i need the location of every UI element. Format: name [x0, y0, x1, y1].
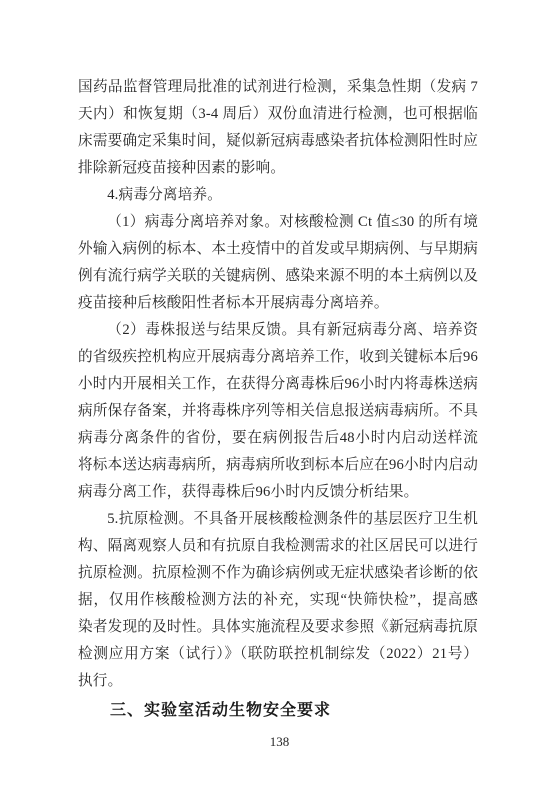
text-line: 病所保存备案，并将毒株序列等相关信息报送病毒病所。不具备	[78, 398, 478, 425]
text-line: 疫苗接种后核酸阳性者标本开展病毒分离培养。	[78, 290, 478, 317]
text-line: 小时内开展相关工作，在获得分离毒株后96小时内将毒株送病毒	[78, 371, 478, 398]
text-line: 4.病毒分离培养。	[78, 182, 478, 209]
text-line: 检测应用方案（试行）》（联防联控机制综发（2022）21号）	[78, 641, 478, 668]
text-line: 例有流行病学关联的关键病例、感染来源不明的本土病例以及	[78, 263, 478, 290]
text-line: 排除新冠疫苗接种因素的影响。	[78, 155, 478, 182]
text-line: 将标本送达病毒病所，病毒病所收到标本后应在96小时内启动	[78, 452, 478, 479]
text-line: 据，仅用作核酸检测方法的补充，实现“快筛快检”，提高感	[78, 587, 478, 614]
document-body: 国药品监督管理局批准的试剂进行检测，采集急性期（发病 7天内）和恢复期（3-4 …	[78, 74, 478, 695]
section-heading: 三、实验室活动生物安全要求	[78, 697, 478, 724]
text-line: 的省级疾控机构应开展病毒分离培养工作，收到关键标本后96	[78, 344, 478, 371]
text-line: 5.抗原检测。不具备开展核酸检测条件的基层医疗卫生机	[78, 506, 478, 533]
text-line: 外输入病例的标本、本土疫情中的首发或早期病例、与早期病	[78, 236, 478, 263]
text-line: 执行。	[78, 668, 478, 695]
page-number: 138	[270, 734, 290, 749]
text-line: 床需要确定采集时间，疑似新冠病毒感染者抗体检测阳性时应	[78, 128, 478, 155]
text-line: 染者发现的及时性。具体实施流程及要求参照《新冠病毒抗原	[78, 614, 478, 641]
text-line: 病毒分离工作，获得毒株后96小时内反馈分析结果。	[78, 479, 478, 506]
text-line: 国药品监督管理局批准的试剂进行检测，采集急性期（发病 7	[78, 74, 478, 101]
text-line: （1）病毒分离培养对象。对核酸检测 Ct 值≤30 的所有境	[78, 209, 478, 236]
text-line: 构、隔离观察人员和有抗原自我检测需求的社区居民可以进行	[78, 533, 478, 560]
page-footer: 138	[0, 733, 559, 751]
text-line: 天内）和恢复期（3-4 周后）双份血清进行检测，也可根据临	[78, 101, 478, 128]
text-line: 抗原检测。抗原检测不作为确诊病例或无症状感染者诊断的依	[78, 560, 478, 587]
text-line: （2）毒株报送与结果反馈。具有新冠病毒分离、培养资质	[78, 317, 478, 344]
text-line: 病毒分离条件的省份，要在病例报告后48小时内启动送样流程，	[78, 425, 478, 452]
document-page: 国药品监督管理局批准的试剂进行检测，采集急性期（发病 7天内）和恢复期（3-4 …	[0, 0, 559, 793]
